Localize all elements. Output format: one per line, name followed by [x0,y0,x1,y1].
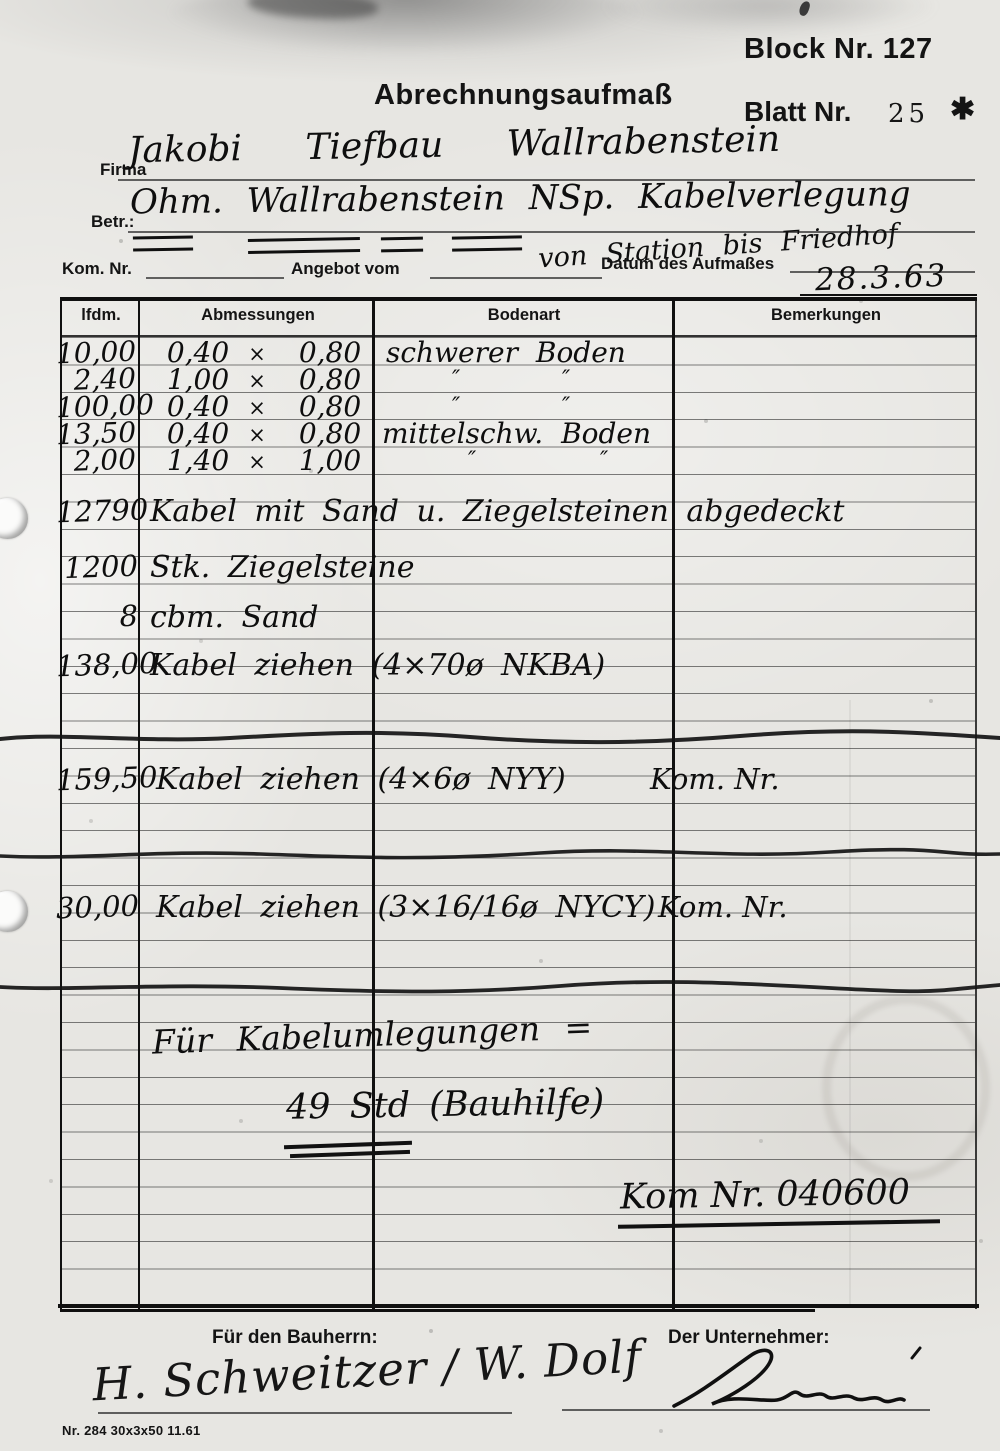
column-header-bemerkungen: Bemerkungen [771,306,881,325]
entry-text: Kabel ziehen (4×70ø NKBA) [150,651,605,681]
times-sign: × [246,425,268,446]
ditto-mark: ″ [562,396,570,418]
firma-handwriting: Jakobi Tiefbau Wallrabenstein [128,119,957,169]
kom-nr-note: Kom. Nr. [658,893,788,922]
table-top-border-segment [800,294,977,296]
column-header-lfdm: lfdm. [81,306,120,325]
entry-text: Kabel ziehen (4×6ø NYY) [156,765,566,795]
entry-text: cbm. Sand [150,603,319,633]
quantity-value: 30,00 [56,892,139,924]
ditto-mark: ″ [562,369,570,391]
ditto-mark: ″ [600,450,608,472]
datum-label: Datum des Aufmaßes [601,254,774,274]
emphasis-underline [248,237,360,254]
kom-nr-note: Kom. Nr. [650,765,780,794]
times-sign: × [246,371,268,392]
datum-handwriting: 28.3.63 [814,261,947,297]
ditto-mark: ″ [452,396,460,418]
scanned-form: Block Nr. 127 Abrechnungsaufmaß Blatt Nr… [0,0,1000,1451]
lfdm-value: 2,00 [56,446,137,477]
column-header-bodenart: Bodenart [488,306,560,325]
width-value: 1,40 [158,447,238,475]
betr-label: Betr.: [91,212,134,232]
emphasis-underline [452,235,522,251]
entry-text: Kabel ziehen (3×16/16ø NYCY) [156,893,655,923]
times-sign: × [246,344,268,365]
quantity-value: 12790 [56,496,139,528]
height-value: 1,00 [288,447,372,475]
form-print-number: Nr. 284 30x3x50 11.61 [62,1423,201,1438]
form-title: Abrechnungsaufmaß [374,79,673,112]
table-row: 2,00 1,40 × 1,00 ″ ″ [0,447,1000,483]
table-row: 138,00 Kabel ziehen (4×70ø NKBA) [0,651,1000,687]
table-row: 1200 Stk. Ziegelsteine [0,553,1000,589]
kom-nr-value: Kom Nr. 040600 [620,1175,911,1215]
quantity-value: 138,00 [56,650,139,682]
table-row: 12790 Kabel mit Sand u. Ziegelsteinen ab… [0,497,1000,533]
kom-nr-label: Kom. Nr. [62,259,132,279]
entry-text: Stk. Ziegelsteine [150,553,414,583]
emphasis-underline [133,235,193,251]
column-header-abmessungen: Abmessungen [201,306,315,325]
bauherr-signature: H. Schweitzer / W. Dolf [91,1334,643,1408]
unternehmer-signature [672,1344,922,1419]
scan-smudge [600,0,940,34]
paper-texture [0,0,2,2]
entry-text: Kabel mit Sand u. Ziegelsteinen abgedeck… [150,497,844,527]
quantity-value: 8 [56,602,139,634]
table-row: 8 cbm. Sand [0,603,1000,639]
signature-line [98,1412,512,1414]
emphasis-underline [381,237,423,253]
table-row: 30,00 Kabel ziehen (3×16/16ø NYCY) Kom. … [0,893,1000,929]
table-bottom-border-segment [60,1309,815,1312]
hand-drawn-separator [0,844,1000,868]
hand-drawn-separator [0,726,1000,750]
hand-drawn-separator [0,976,1000,1000]
kom-nr-line [146,277,284,279]
quantity-value: 1200 [56,552,139,584]
table-row: 159,50 Kabel ziehen (4×6ø NYY) Kom. Nr. [0,765,1000,801]
times-sign: × [246,398,268,419]
betr-handwriting: Ohm. Wallrabenstein NSp. Kabelverlegung [130,177,960,220]
bodenart-value: mittelschw. Boden [382,420,651,448]
bodenart-value: schwerer Boden [386,339,626,367]
block-number: Block Nr. 127 [744,33,933,66]
ditto-mark: ″ [468,450,476,472]
ditto-mark: ″ [452,369,460,391]
angebot-line [430,277,602,279]
hours-note: 49 Std (Bauhilfe) [286,1085,605,1126]
scan-smudge [170,0,640,52]
quantity-value: 159,50 [56,764,139,796]
table-top-border [60,297,977,301]
times-sign: × [246,452,268,473]
table-bottom-border [58,1304,979,1308]
angebot-label: Angebot vom [291,259,400,279]
